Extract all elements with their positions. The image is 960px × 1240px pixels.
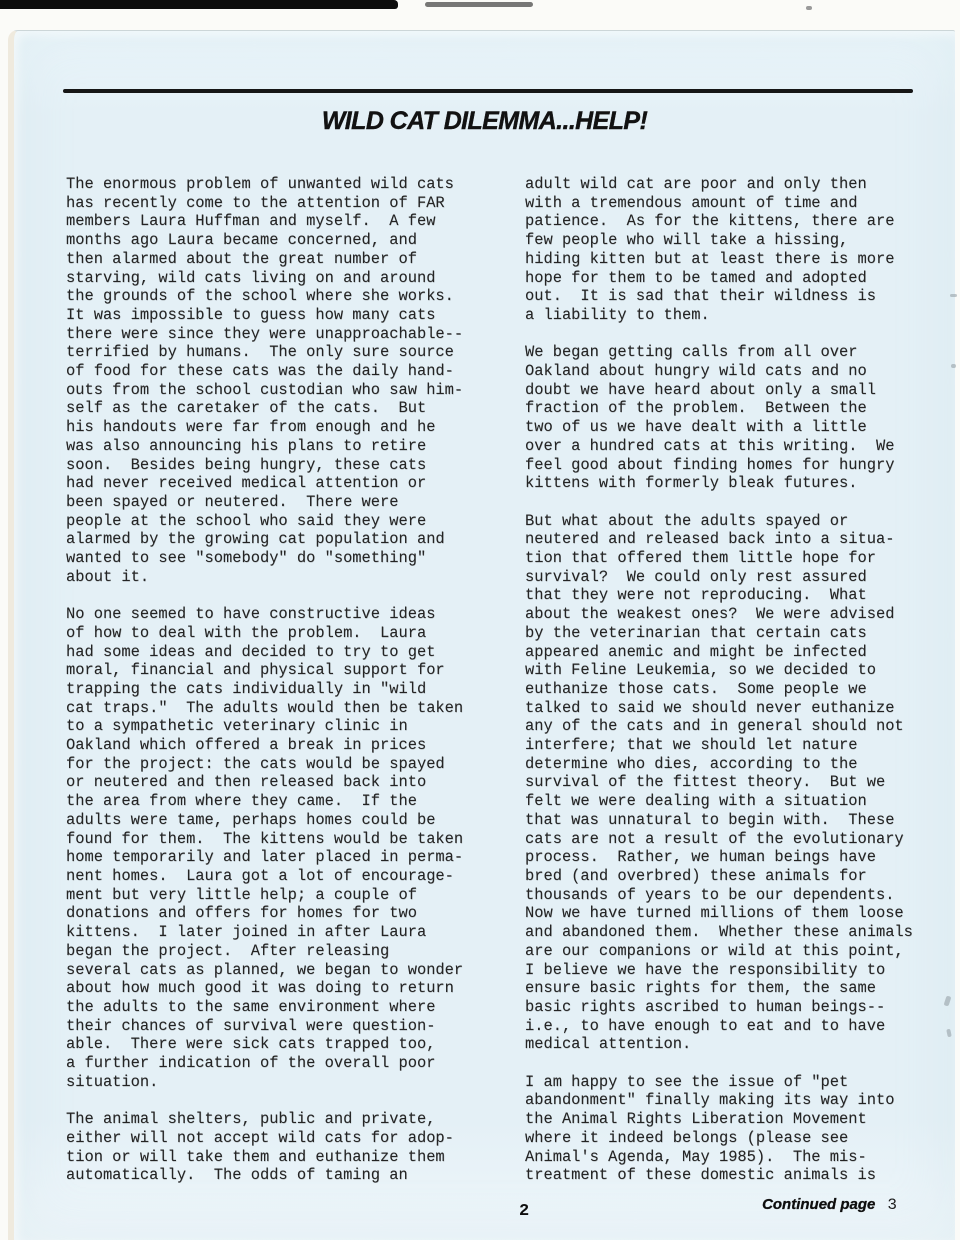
article-paragraph: No one seemed to have constructive ideas…	[66, 605, 480, 1091]
scan-artifact-top-bar	[0, 0, 398, 9]
article-right-column: adult wild cat are poor and only then wi…	[525, 175, 939, 1185]
article-paragraph: But what about the adults spayed or neut…	[525, 512, 939, 1054]
article-paragraph: The animal shelters, public and private,…	[66, 1110, 480, 1185]
continued-notice: Continued page 3	[762, 1197, 897, 1213]
scanned-newsletter-scan: WILD CAT DILEMMA...HELP! The enormous pr…	[0, 0, 960, 1240]
scan-artifact-speck	[951, 364, 956, 368]
header-rule	[63, 89, 913, 93]
scan-artifact-speck	[944, 995, 952, 1006]
article-paragraph: The enormous problem of unwanted wild ca…	[66, 175, 480, 586]
newsletter-page: WILD CAT DILEMMA...HELP! The enormous pr…	[8, 30, 955, 1240]
continued-page-number: 3	[887, 1197, 897, 1213]
article-paragraph: We began getting calls from all over Oak…	[525, 343, 939, 493]
scan-artifact-streak	[425, 2, 533, 7]
scan-artifact-speck	[950, 294, 957, 297]
continued-label: Continued page	[762, 1197, 875, 1212]
scan-artifact-speck	[946, 1029, 952, 1038]
article-paragraph: adult wild cat are poor and only then wi…	[525, 175, 939, 325]
page-number: 2	[519, 1203, 529, 1220]
article-paragraph: I am happy to see the issue of "pet aban…	[525, 1073, 939, 1185]
scan-artifact-dot	[806, 6, 812, 10]
article-left-column: The enormous problem of unwanted wild ca…	[66, 175, 480, 1185]
article-title: WILD CAT DILEMMA...HELP!	[14, 108, 955, 136]
